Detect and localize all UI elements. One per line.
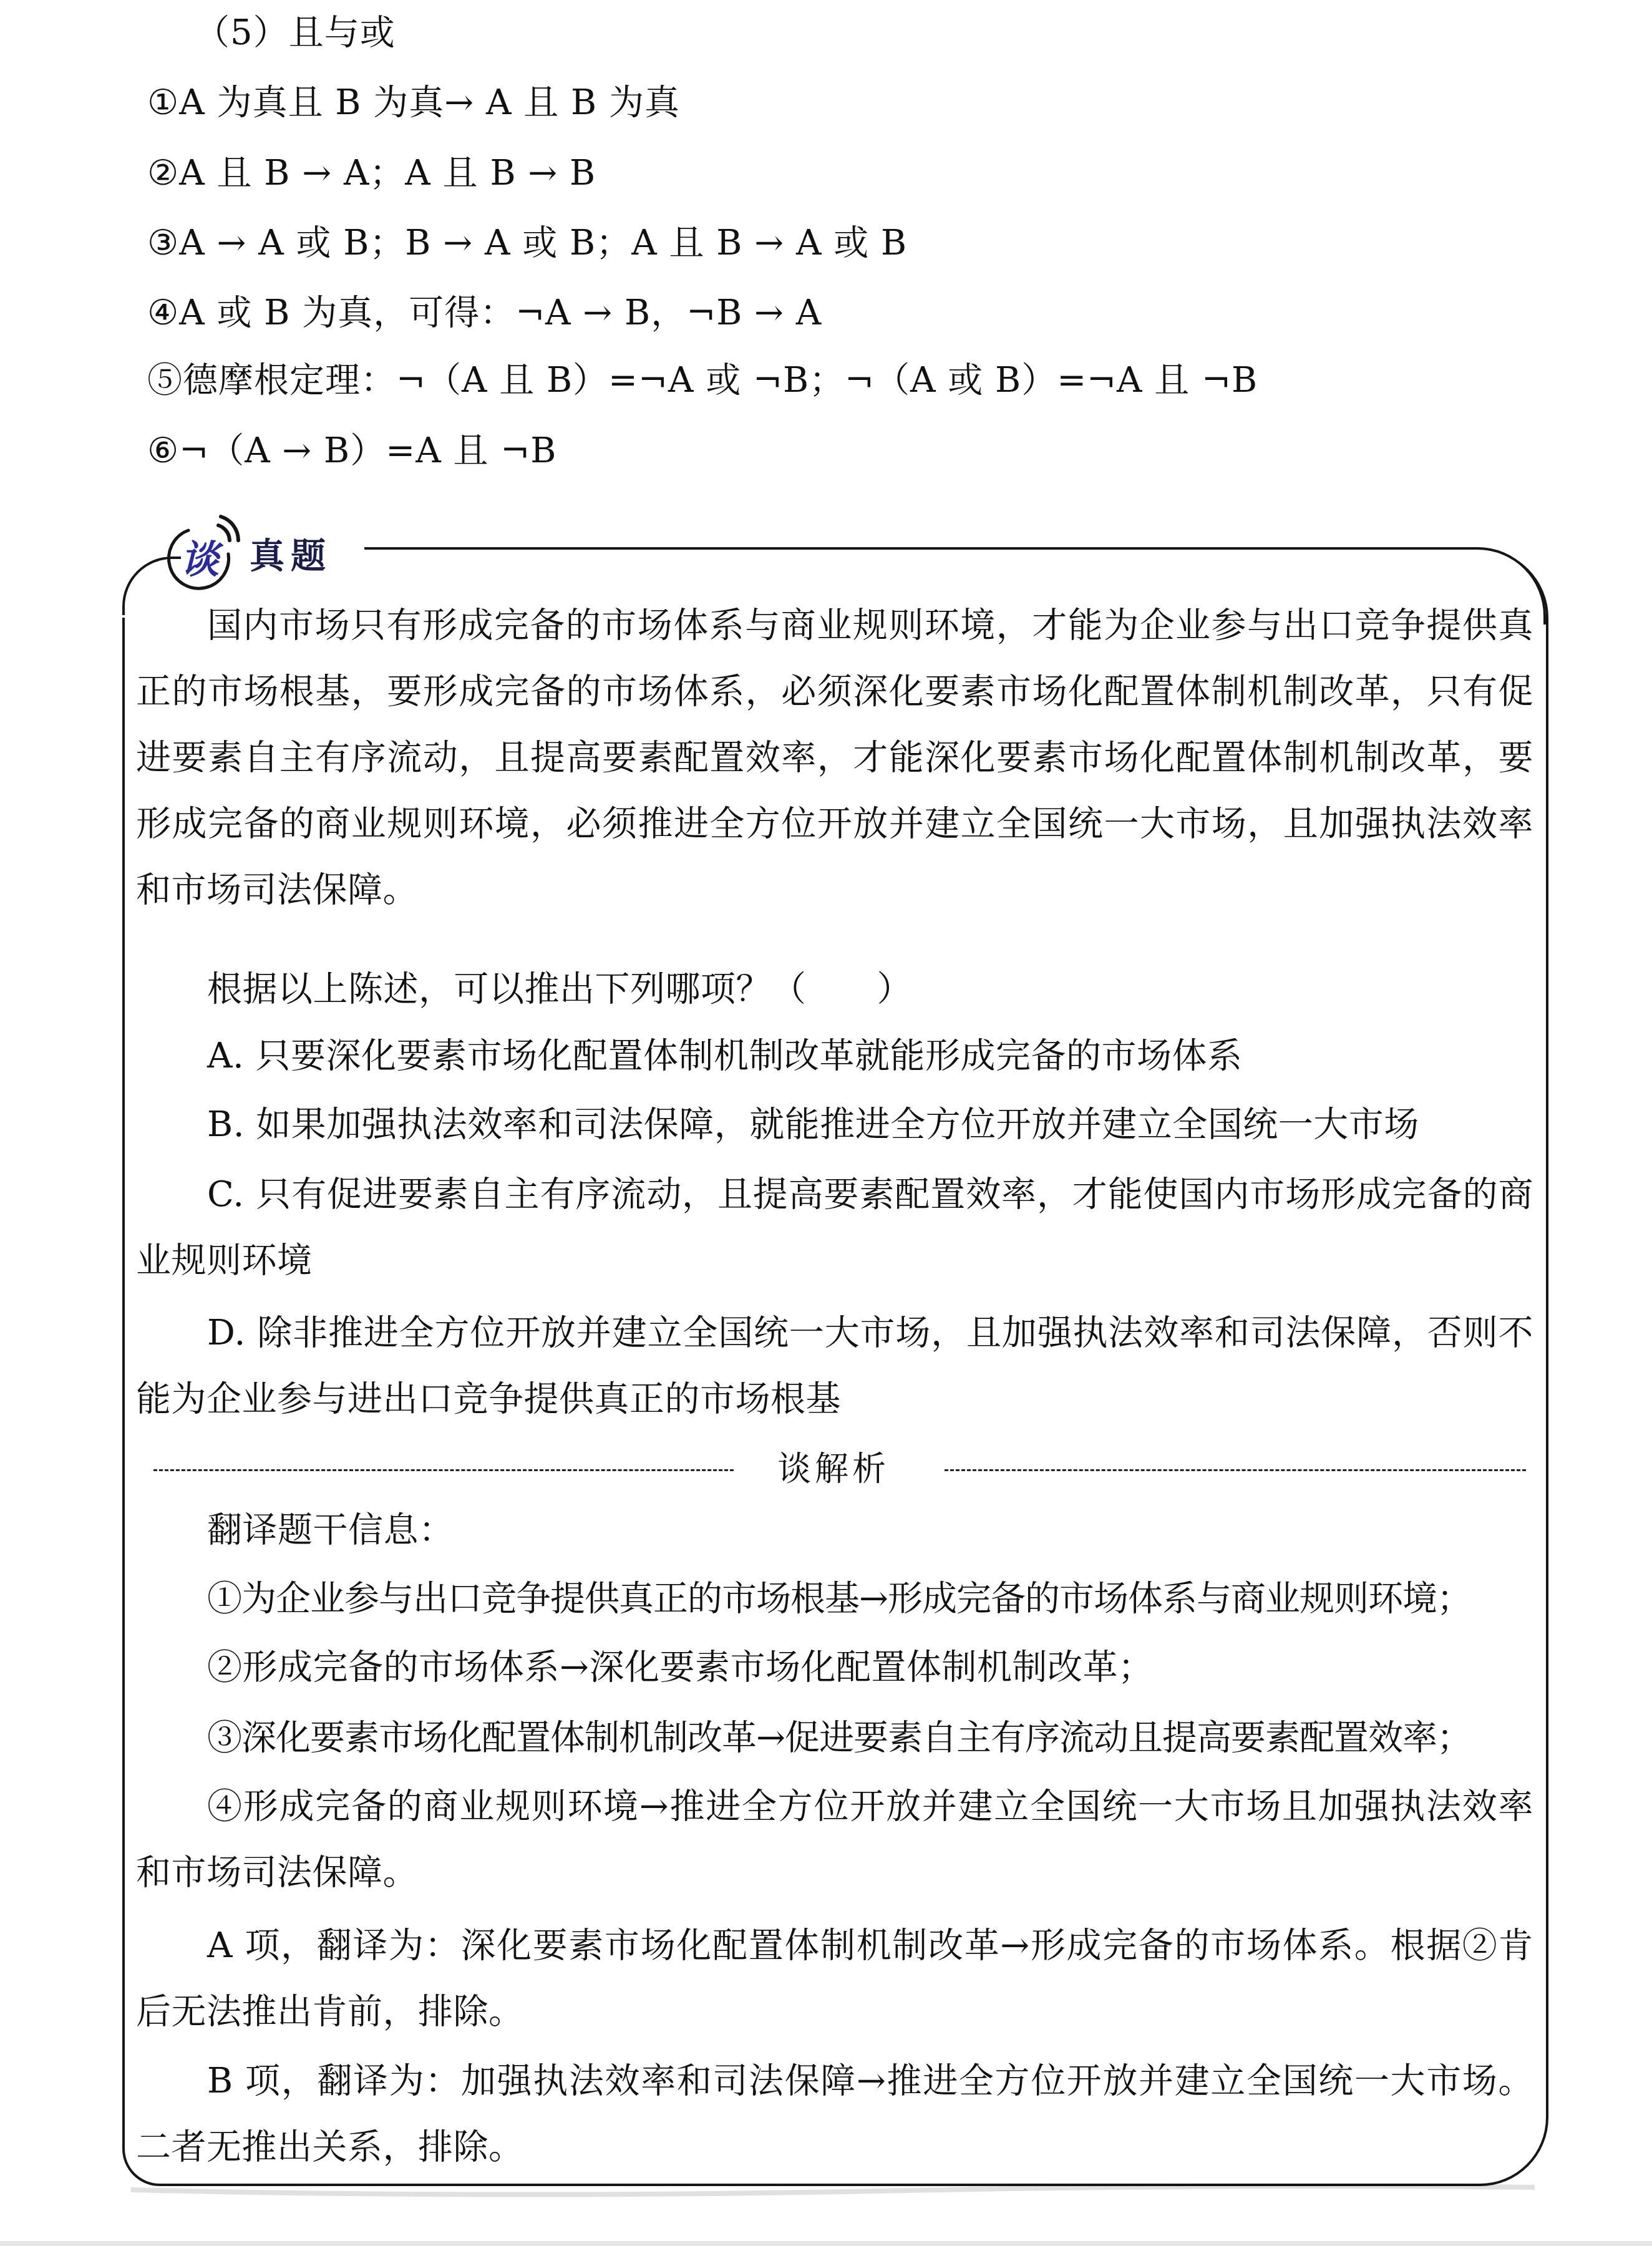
rule-1: ①A 为真且 B 为真→ A 且 B 为真: [147, 81, 680, 125]
logo-char: 谈: [180, 537, 224, 582]
divider-dash-left: [153, 1469, 734, 1471]
divider-dash-right: [945, 1469, 1526, 1471]
rule-2: ②A 且 B → A；A 且 B → B: [147, 152, 596, 195]
analysis-option-a-note: A 项，翻译为：深化要素市场化配置体制机制改革→形成完备的市场体系。根据②肯后无…: [136, 1913, 1533, 2045]
analysis-intro: 翻译题干信息：: [136, 1497, 1533, 1563]
option-a: A. 只要深化要素市场化配置体制机制改革就能形成完备的市场体系: [136, 1023, 1533, 1089]
analysis-divider: 谈解析: [153, 1444, 1526, 1494]
box-header: 谈 真题: [163, 513, 332, 594]
analysis-step-4: ④形成完备的商业规则环境→推进全方位开放并建立全国统一大市场且加强执法效率和市场…: [136, 1774, 1533, 1906]
analysis-label: 谈解析: [777, 1444, 890, 1494]
box-bottom-shadow: [125, 2171, 1541, 2209]
rule-3: ③A → A 或 B；B → A 或 B；A 且 B → A 或 B: [147, 221, 907, 265]
question-prompt: 根据以上陈述，可以推出下列哪项？（ ）: [136, 956, 1533, 1023]
analysis-step-3: ③深化要素市场化配置体制机制改革→促进要素自主有序流动且提高要素配置效率；: [136, 1705, 1533, 1771]
option-d: D. 除非推进全方位开放并建立全国统一大市场，且加强执法效率和司法保障，否则不能…: [136, 1300, 1533, 1432]
option-b: B. 如果加强执法效率和司法保障，就能推进全方位开放并建立全国统一大市场: [136, 1092, 1533, 1158]
question-stem: 国内市场只有形成完备的市场体系与商业规则环境，才能为企业参与出口竞争提供真正的市…: [136, 593, 1533, 923]
rule-6: ⑥¬（A → B）=A 且 ¬B: [147, 429, 556, 473]
analysis-option-b-note: B 项，翻译为：加强执法效率和司法保障→推进全方位开放并建立全国统一大市场。二者…: [136, 2048, 1533, 2180]
rule-4: ④A 或 B 为真，可得：¬A → B，¬B → A: [147, 291, 822, 335]
analysis-step-2: ②形成完备的市场体系→深化要素市场化配置体制机制改革；: [136, 1635, 1533, 1701]
section-heading: （5）且与或: [195, 11, 396, 55]
tan-talk-logo-icon: 谈: [163, 513, 245, 594]
page-edge: [0, 2241, 1652, 2246]
option-c: C. 只有促进要素自主有序流动，且提高要素配置效率，才能使国内市场形成完备的商业…: [136, 1162, 1533, 1294]
rule-5: ⑤德摩根定理：¬（A 且 B）=¬A 或 ¬B；¬（A 或 B）=¬A 且 ¬B: [147, 359, 1258, 402]
box-title: 真题: [250, 528, 332, 578]
analysis-step-1: ①为企业参与出口竞争提供真正的市场根基→形成完备的市场体系与商业规则环境；: [136, 1566, 1533, 1632]
